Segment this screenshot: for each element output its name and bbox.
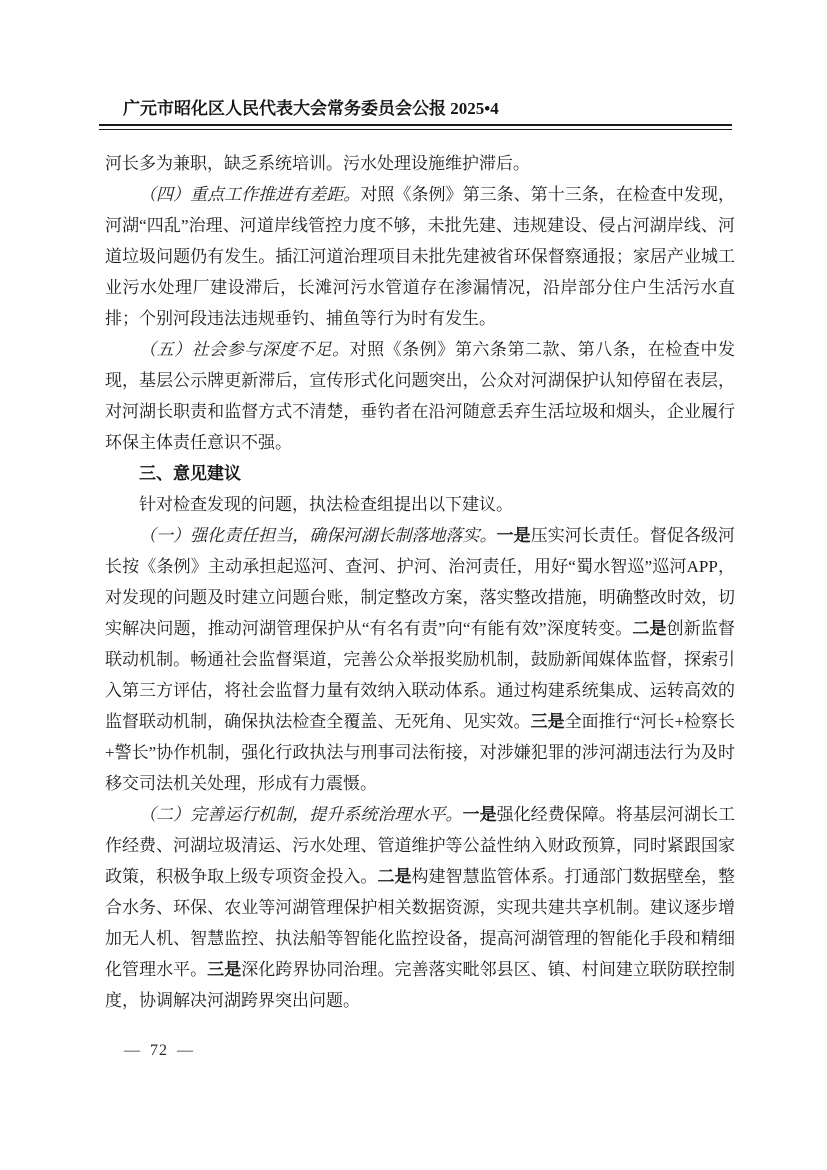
document-body: 河长多为兼职，缺乏系统培训。污水处理设施维护滞后。 （四）重点工作推进有差距。对… bbox=[105, 148, 735, 1016]
enumerator-bold: 二是 bbox=[377, 867, 411, 886]
paragraph-continuation: 河长多为兼职，缺乏系统培训。污水处理设施维护滞后。 bbox=[105, 148, 735, 179]
paragraph-item-4: （四）重点工作推进有差距。对照《条例》第三条、第十三条，在检查中发现，河湖“四乱… bbox=[105, 179, 735, 334]
page-footer: — 72 — bbox=[124, 1040, 194, 1062]
paragraph-intro: 针对检查发现的问题，执法检查组提出以下建议。 bbox=[105, 489, 735, 520]
paragraph-text: 对照《条例》第三条、第十三条，在检查中发现，河湖“四乱”治理、河道岸线管控力度不… bbox=[105, 185, 735, 328]
enumerator-bold: 三是 bbox=[531, 712, 565, 731]
subheading-kai: （五）社会参与深度不足。 bbox=[139, 340, 350, 359]
paragraph-item-5: （五）社会参与深度不足。对照《条例》第六条第二款、第八条，在检查中发现，基层公示… bbox=[105, 334, 735, 458]
footer-left-dash: — bbox=[124, 1040, 141, 1062]
enumerator-bold: 一是 bbox=[463, 805, 497, 824]
enumerator-bold: 三是 bbox=[207, 960, 241, 979]
footer-right-dash: — bbox=[177, 1040, 194, 1062]
enumerator-bold: 一是 bbox=[497, 526, 531, 545]
enumerator-bold: 二是 bbox=[632, 619, 666, 638]
paragraph-suggestion-2: （二）完善运行机制，提升系统治理水平。一是强化经费保障。将基层河湖长工作经费、河… bbox=[105, 799, 735, 1016]
subheading-kai: （二）完善运行机制，提升系统治理水平。 bbox=[139, 805, 463, 824]
section-heading-3: 三、意见建议 bbox=[105, 458, 735, 489]
paragraph-text: 针对检查发现的问题，执法检查组提出以下建议。 bbox=[139, 495, 513, 514]
gazette-header-title: 广元市昭化区人民代表大会常务委员会公报 2025•4 bbox=[123, 98, 499, 120]
paragraph-text: 河长多为兼职，缺乏系统培训。污水处理设施维护滞后。 bbox=[105, 154, 530, 173]
page-number: 72 bbox=[150, 1040, 168, 1062]
subheading-kai: （四）重点工作推进有差距。 bbox=[139, 185, 360, 204]
paragraph-suggestion-1: （一）强化责任担当，确保河湖长制落地落实。一是压实河长责任。督促各级河长按《条例… bbox=[105, 520, 735, 799]
subheading-kai: （一）强化责任担当，确保河湖长制落地落实。 bbox=[139, 526, 497, 545]
document-page: 广元市昭化区人民代表大会常务委员会公报 2025•4 河长多为兼职，缺乏系统培训… bbox=[0, 0, 827, 1170]
header-double-rule bbox=[99, 124, 732, 130]
